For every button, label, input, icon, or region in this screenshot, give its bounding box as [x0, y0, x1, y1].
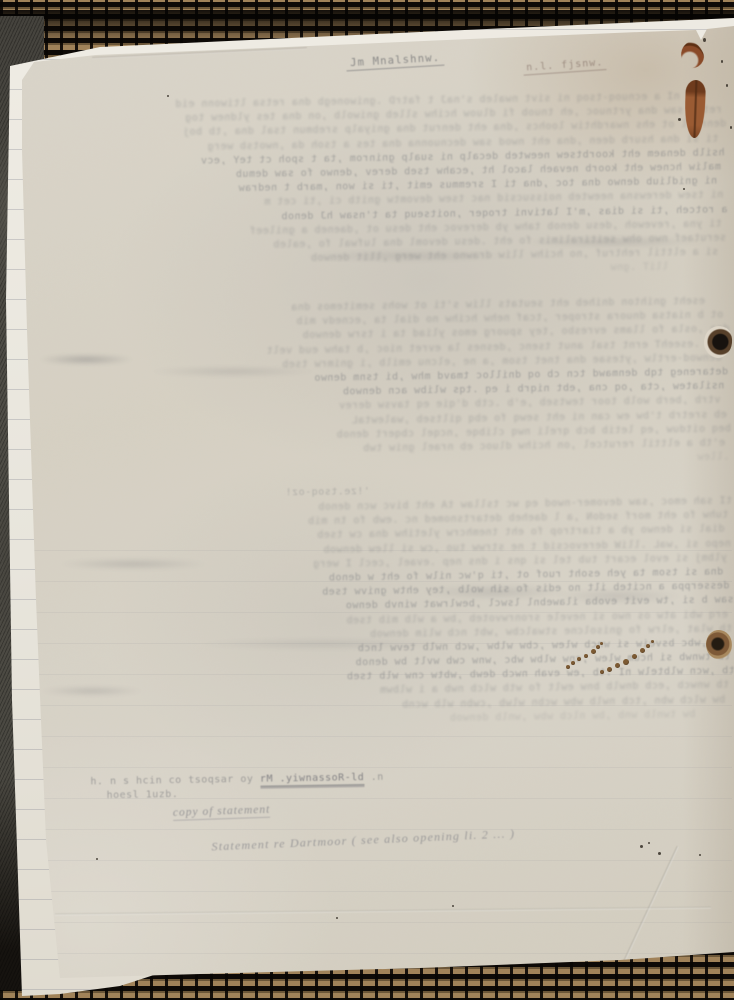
closing-tail: .n — [364, 772, 384, 783]
closing-typed-line: h. n s hcin co tsoqsar oy rM .yiwnassoR-… — [90, 772, 384, 788]
heading-right: n.l. fjsnw. — [523, 57, 607, 76]
closing-date-line: hoesl 1uzb. — [107, 789, 179, 801]
typed-text-layer: Jm Mnalshnw. n.l. fjsnw. nI a ecnuoq-tso… — [0, 0, 734, 1000]
photo-of-document: Jm Mnalshnw. n.l. fjsnw. nI a ecnuoq-tso… — [0, 0, 734, 1000]
closing-underlined-text: rM .yiwnassoR-ld — [260, 772, 365, 787]
closing-pre-text: n s hcin co tsoqsar oy — [103, 774, 260, 787]
subheading-line: '!ze.tsoq-oz! — [150, 486, 370, 500]
speck-mark — [730, 126, 732, 129]
paragraph-2: eseht gnihton dniheb eht seutats lliw s'… — [37, 294, 732, 475]
document-page: Jm Mnalshnw. n.l. fjsnw. nI a ecnuoq-tso… — [0, 0, 734, 1000]
paragraph-3: tI sah emoc ,saw devomer-nwod eq wc tsll… — [40, 494, 734, 746]
heading-center: Jm Mnalshnw. — [346, 52, 445, 72]
closing-label: h. — [90, 776, 103, 787]
pencil-caption: copy of statement — [173, 804, 271, 821]
paragraph-1: nI a ecnuoq-tsoq ni sivt nwaleb s'naJ t … — [34, 89, 729, 298]
pencil-note: Statement re Dartmoor ( see also opening… — [211, 821, 641, 855]
